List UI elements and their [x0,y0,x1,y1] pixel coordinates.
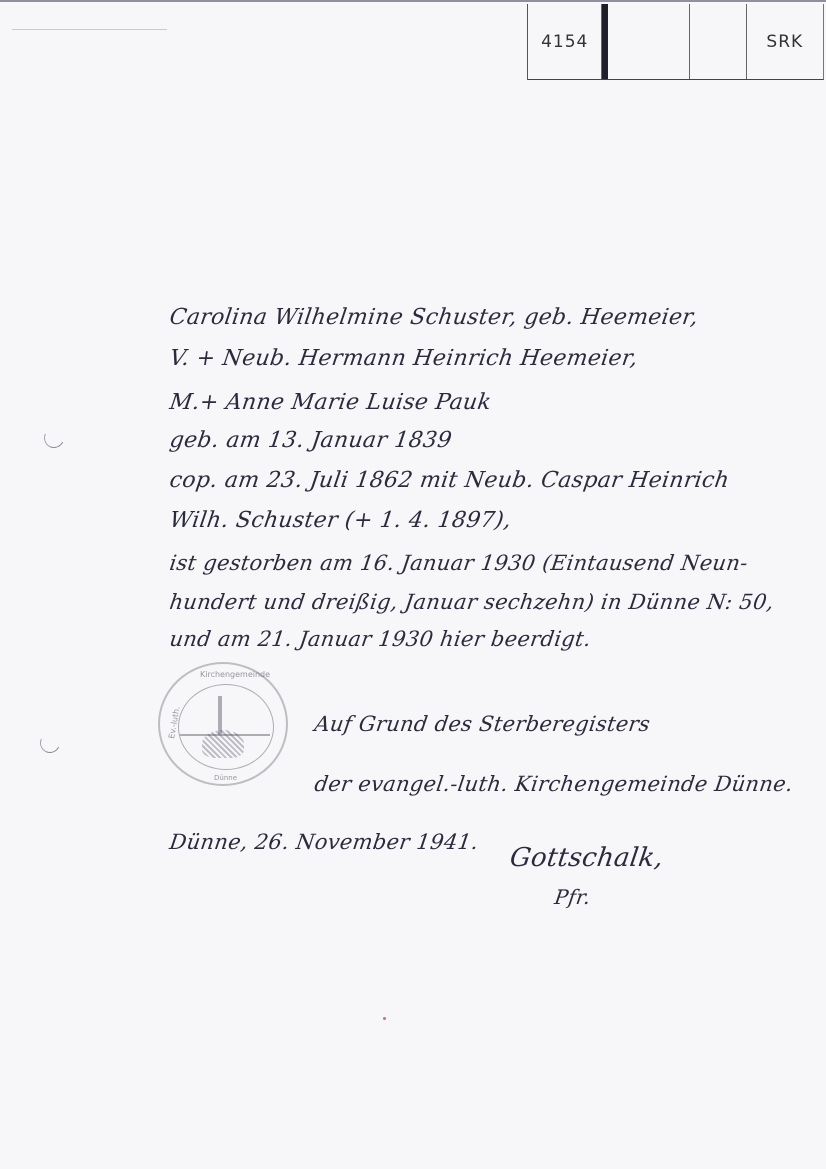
death-date-words-line: hundert und dreißig, Januar sechzehn) in… [168,590,776,614]
registry-cell-code: SRK [747,4,823,79]
registry-cell-blank-1 [602,4,689,79]
place-and-date: Dünne, 26. November 1941. [168,830,480,854]
mother-line: M.+ Anne Marie Luise Pauk [168,390,493,415]
signature-title: Pfr. [553,885,592,909]
seal-mound-icon [202,730,244,758]
registry-number-box: 4154 SRK [527,4,824,80]
seal-bottom-text: Dünne [214,774,237,782]
seal-top-text: Kirchengemeinde [200,670,270,679]
punch-hole-bottom [37,730,63,756]
pastor-signature: Gottschalk, [508,843,665,873]
seal-tower-icon [218,696,222,734]
registry-cell-number: 4154 [528,4,602,79]
certification-line-1: Auf Grund des Sterberegisters [313,712,652,736]
birth-date-line: geb. am 13. Januar 1839 [168,428,453,453]
document-page: 4154 SRK Carolina Wilhelmine Schuster, g… [0,0,826,1169]
spouse-line: Wilh. Schuster (+ 1. 4. 1897), [168,508,513,533]
burial-line: und am 21. Januar 1930 hier beerdigt. [168,627,593,651]
registry-cell-blank-2 [690,4,747,79]
certification-line-2: der evangel.-luth. Kirchengemeinde Dünne… [313,772,795,796]
scan-top-edge [0,0,826,2]
marriage-line: cop. am 23. Juli 1862 mit Neub. Caspar H… [168,468,731,493]
father-line: V. + Neub. Hermann Heinrich Heemeier, [168,346,639,371]
punch-hole-top [41,425,67,451]
death-date-line: ist gestorben am 16. Januar 1930 (Eintau… [168,551,749,575]
red-speck [383,1017,386,1020]
faint-show-through-line [12,29,167,30]
church-seal-stamp: Kirchengemeinde Ev.-luth. Dünne [158,662,288,786]
deceased-name-line: Carolina Wilhelmine Schuster, geb. Heeme… [168,305,700,330]
